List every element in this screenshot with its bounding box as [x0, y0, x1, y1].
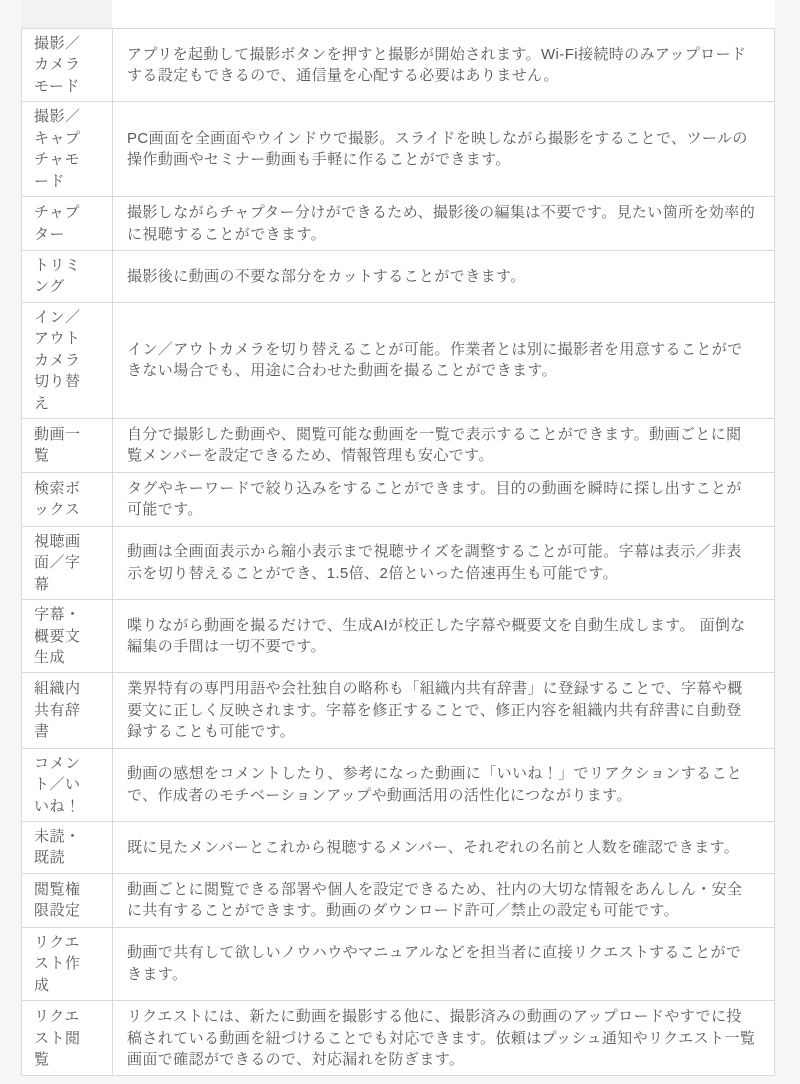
feature-description-cell: 動画ごとに閲覧できる部署や個人を設定できるため、社内の大切な情報をあんしん・安全…	[113, 873, 775, 927]
feature-name-cell: 未読・既読	[22, 822, 113, 874]
cropped-previous-row-right-cell	[112, 0, 775, 28]
feature-name-cell: トリミング	[22, 250, 113, 302]
table-row: 字幕・概要文生成喋りながら動画を撮るだけで、生成AIが校正した字幕や概要文を自動…	[22, 600, 775, 673]
feature-description-cell: リクエストには、新たに動画を撮影する他に、撮影済みの動画のアップロードやすでに投…	[113, 1001, 775, 1076]
table-row: 未読・既読既に見たメンバーとこれから視聴するメンバー、それぞれの名前と人数を確認…	[22, 822, 775, 874]
cropped-previous-row-left-cell	[21, 0, 112, 28]
feature-name-cell: コメント／いいね！	[22, 748, 113, 821]
feature-name-cell: イン／アウトカメラ切り替え	[22, 302, 113, 418]
table-row: 撮影／キャプチャモードPC画面を全画面やウインドウで撮影。スライドを映しながら撮…	[22, 102, 775, 197]
feature-description-cell: 既に見たメンバーとこれから視聴するメンバー、それぞれの名前と人数を確認できます。	[113, 822, 775, 874]
feature-description-cell: 動画の感想をコメントしたり、参考になった動画に「いいね！」でリアクションすること…	[113, 748, 775, 821]
feature-description-cell: 喋りながら動画を撮るだけで、生成AIが校正した字幕や概要文を自動生成します。 面…	[113, 600, 775, 673]
table-row: 閲覧権限設定動画ごとに閲覧できる部署や個人を設定できるため、社内の大切な情報をあ…	[22, 873, 775, 927]
feature-name-cell: 撮影／キャプチャモード	[22, 102, 113, 197]
feature-description-cell: 動画で共有して欲しいノウハウやマニュアルなどを担当者に直接リクエストすることがで…	[113, 927, 775, 1000]
feature-description-cell: 動画は全画面表示から縮小表示まで視聴サイズを調整することが可能。字幕は表示／非表…	[113, 526, 775, 599]
feature-name-cell: 字幕・概要文生成	[22, 600, 113, 673]
feature-description-cell: PC画面を全画面やウインドウで撮影。スライドを映しながら撮影をすることで、ツール…	[113, 102, 775, 197]
feature-table: 撮影／カメラモードアプリを起動して撮影ボタンを押すと撮影が開始されます。Wi-F…	[21, 28, 775, 1076]
table-row: トリミング撮影後に動画の不要な部分をカットすることができます。	[22, 250, 775, 302]
feature-description-cell: アプリを起動して撮影ボタンを押すと撮影が開始されます。Wi-Fi接続時のみアップ…	[113, 29, 775, 102]
feature-name-cell: 組織内共有辞書	[22, 673, 113, 748]
feature-name-cell: 撮影／カメラモード	[22, 29, 113, 102]
table-row: リクエスト作成動画で共有して欲しいノウハウやマニュアルなどを担当者に直接リクエス…	[22, 927, 775, 1000]
feature-name-cell: 検索ボックス	[22, 472, 113, 526]
feature-table-body: 撮影／カメラモードアプリを起動して撮影ボタンを押すと撮影が開始されます。Wi-F…	[22, 29, 775, 1076]
table-row: リクエスト閲覧リクエストには、新たに動画を撮影する他に、撮影済みの動画のアップロ…	[22, 1001, 775, 1076]
table-row: 視聴画面／字幕動画は全画面表示から縮小表示まで視聴サイズを調整することが可能。字…	[22, 526, 775, 599]
feature-name-cell: 閲覧権限設定	[22, 873, 113, 927]
table-row: コメント／いいね！動画の感想をコメントしたり、参考になった動画に「いいね！」でリ…	[22, 748, 775, 821]
feature-name-cell: 動画一覧	[22, 419, 113, 473]
page: 撮影／カメラモードアプリを起動して撮影ボタンを押すと撮影が開始されます。Wi-F…	[0, 0, 800, 1084]
table-row: チャプター撮影しながらチャプター分けができるため、撮影後の編集は不要です。見たい…	[22, 197, 775, 251]
table-row: 組織内共有辞書業界特有の専門用語や会社独自の略称も「組織内共有辞書」に登録するこ…	[22, 673, 775, 748]
feature-description-cell: 自分で撮影した動画や、閲覧可能な動画を一覧で表示することができます。動画ごとに閲…	[113, 419, 775, 473]
cropped-previous-row-sliver	[21, 0, 775, 28]
table-row: 撮影／カメラモードアプリを起動して撮影ボタンを押すと撮影が開始されます。Wi-F…	[22, 29, 775, 102]
feature-description-cell: 撮影しながらチャプター分けができるため、撮影後の編集は不要です。見たい箇所を効率…	[113, 197, 775, 251]
feature-name-cell: リクエスト閲覧	[22, 1001, 113, 1076]
feature-description-cell: タグやキーワードで絞り込みをすることができます。目的の動画を瞬時に探し出すことが…	[113, 472, 775, 526]
feature-name-cell: チャプター	[22, 197, 113, 251]
feature-description-cell: 業界特有の専門用語や会社独自の略称も「組織内共有辞書」に登録することで、字幕や概…	[113, 673, 775, 748]
feature-description-cell: イン／アウトカメラを切り替えることが可能。作業者とは別に撮影者を用意することがで…	[113, 302, 775, 418]
feature-name-cell: リクエスト作成	[22, 927, 113, 1000]
table-row: 検索ボックスタグやキーワードで絞り込みをすることができます。目的の動画を瞬時に探…	[22, 472, 775, 526]
table-row: 動画一覧自分で撮影した動画や、閲覧可能な動画を一覧で表示することができます。動画…	[22, 419, 775, 473]
feature-name-cell: 視聴画面／字幕	[22, 526, 113, 599]
feature-description-cell: 撮影後に動画の不要な部分をカットすることができます。	[113, 250, 775, 302]
table-row: イン／アウトカメラ切り替えイン／アウトカメラを切り替えることが可能。作業者とは別…	[22, 302, 775, 418]
